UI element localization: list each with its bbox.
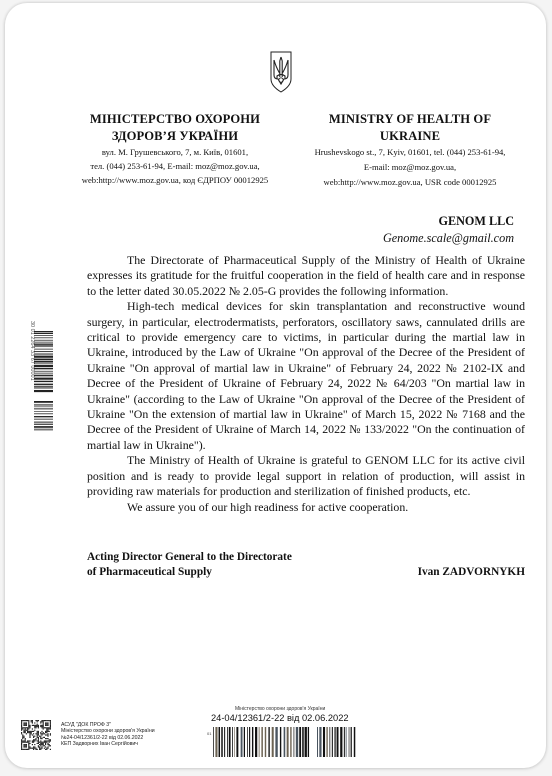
stamp-line: №24-04/12361/2-22 від 02.06.2022	[61, 735, 155, 741]
ministry-address-en-line: Hrushevskogo st., 7, Kyiv, 01601, tel. (…	[301, 145, 519, 160]
ministry-web-en-line: web:http://www.moz.gov.ua, USR code 0001…	[301, 175, 519, 190]
header-ukrainian: МІНІСТЕРСТВО ОХОРОНИ ЗДОРОВ’Я УКРАЇНИ ву…	[67, 111, 283, 187]
e-signature-stamp: АСУД "ДОК ПРОФ 3" Міністерство охорони з…	[61, 722, 155, 747]
ministry-web-ua-line: web:http://www.moz.gov.ua, код ЄДРПОУ 00…	[67, 173, 283, 187]
ministry-contact-ua-line: тел. (044) 253-61-94, E-mail: moz@moz.go…	[67, 159, 283, 173]
signatory-position-line1: Acting Director General to the Directora…	[87, 550, 525, 565]
barcode-label: Міністерство охорони здоров'я України	[235, 706, 325, 712]
stamp-line: КЕП Задворних Іван Сергійович	[61, 741, 155, 747]
ukraine-trident-emblem-icon	[269, 51, 293, 93]
body-paragraph: The Directorate of Pharmaceutical Supply…	[87, 253, 525, 299]
letter-body: The Directorate of Pharmaceutical Supply…	[87, 253, 525, 515]
ministry-address-ua-line: вул. М. Грушевського, 7, м. Київ, 01601,	[67, 145, 283, 159]
recipient-email: Genome.scale@gmail.com	[383, 230, 514, 247]
recipient-name: GENOM LLC	[383, 213, 514, 230]
body-paragraph: We assure you of our high readiness for …	[87, 500, 525, 515]
ministry-title-ua-line1: МІНІСТЕРСТВО ОХОРОНИ	[67, 111, 283, 128]
registration-number: 24-04/12361/2-22 від 02.06.2022	[211, 713, 349, 723]
header-english: MINISTRY OF HEALTH OF UKRAINE Hrushevsko…	[301, 111, 519, 190]
side-barcode: 30 01 2264 33 67 00001	[25, 321, 55, 433]
signatory-name: Ivan ZADVORNYKH	[418, 565, 525, 580]
signature-block: Acting Director General to the Directora…	[87, 550, 525, 580]
ministry-title-ua-line2: ЗДОРОВ’Я УКРАЇНИ	[67, 128, 283, 145]
ministry-contact-en-line: E-mail: moz@moz.gov.ua,	[301, 160, 519, 175]
body-paragraph: High-tech medical devices for skin trans…	[87, 299, 525, 453]
ministry-title-en-line2: UKRAINE	[301, 128, 519, 145]
recipient-block: GENOM LLC Genome.scale@gmail.com	[383, 213, 514, 247]
body-paragraph: The Ministry of Health of Ukraine is gra…	[87, 453, 525, 499]
stamp-line: Міністерство охорони здоров'я України	[61, 728, 155, 734]
ministry-title-en-line1: MINISTRY OF HEALTH OF	[301, 111, 519, 128]
registration-barcode	[211, 727, 359, 757]
qr-code-icon	[21, 720, 51, 750]
letter-page: МІНІСТЕРСТВО ОХОРОНИ ЗДОРОВ’Я УКРАЇНИ ву…	[5, 3, 546, 768]
